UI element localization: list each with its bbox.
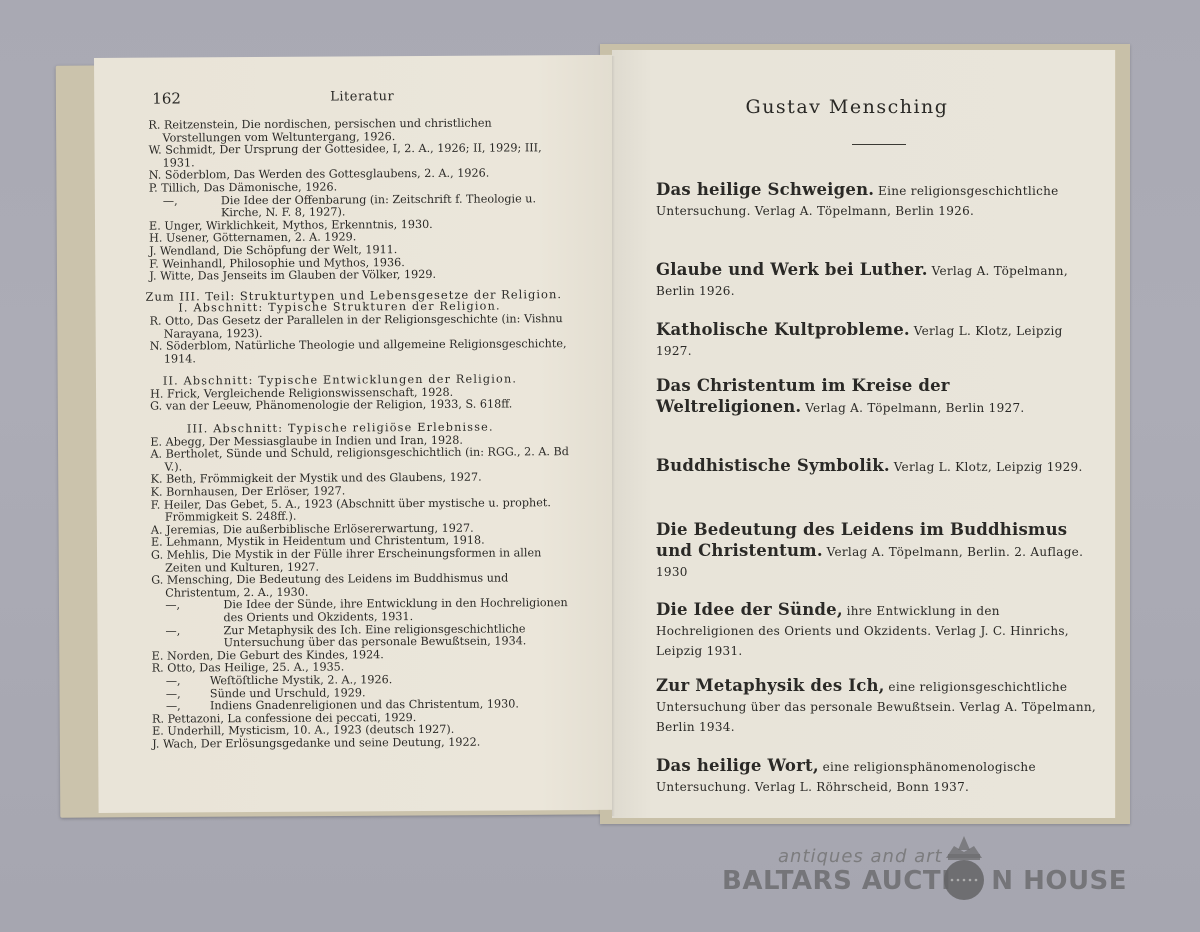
entry-text: Die Idee der Offenbarung (in: Zeitschrif… <box>221 192 536 220</box>
bibliography-entry: —,Die Idee der Offenbarung (in: Zeitschr… <box>145 193 573 221</box>
work-description: Verlag L. Klotz, Leipzig 1929. <box>894 460 1083 474</box>
bibliography: R. Reitzenstein, Die nordischen, persisc… <box>144 117 576 751</box>
work-item: Das heilige Wort, eine religionsphänomen… <box>656 756 1096 797</box>
divider-rule <box>852 144 906 145</box>
ditto-dash: —, <box>163 195 221 208</box>
watermark-brand-right: N HOUSE <box>991 866 1127 896</box>
watermark-brand-left: BALTARS AUCTI <box>722 866 951 896</box>
work-title: Buddhistische Symbolik. <box>656 456 890 475</box>
bibliography-entry: J. Wach, Der Erlösungsgedanke und seine … <box>148 736 576 751</box>
entry-text: Die Idee der Sünde, ihre Entwicklung in … <box>223 596 567 624</box>
ditto-dash: —, <box>166 675 210 688</box>
subsection-1: I. Abschnitt: Typische Strukturen der Re… <box>145 300 573 366</box>
work-item: Glaube und Werk bei Luther. Verlag A. Tö… <box>656 260 1096 301</box>
ditto-dash: —, <box>165 600 223 613</box>
book-gutter <box>612 56 615 816</box>
work-item: Die Idee der Sünde, ihre Entwicklung in … <box>656 600 1096 661</box>
work-title: Die Idee der Sünde, <box>656 600 843 619</box>
work-title: Das heilige Schweigen. <box>656 180 874 199</box>
entry-text: Indiens Gnadenreligionen und das Christe… <box>210 698 519 713</box>
right-page: Gustav Mensching Das heilige Schweigen. … <box>612 50 1116 818</box>
bibliography-top-list: R. Reitzenstein, Die nordischen, persisc… <box>144 117 573 283</box>
bibliography-entry: A. Bertholet, Sünde und Schuld, religion… <box>146 446 574 474</box>
bibliography-entry: G. Mehlis, Die Mystik in der Fülle ihrer… <box>147 547 575 575</box>
watermark-tagline: antiques and art <box>778 846 943 867</box>
work-item: Katholische Kultprobleme. Verlag L. Klot… <box>656 320 1096 361</box>
left-page: 162 Literatur R. Reitzenstein, Die nordi… <box>94 55 619 813</box>
work-title: Katholische Kultprobleme. <box>656 320 910 339</box>
subsection-2: II. Abschnitt: Typische Entwicklungen de… <box>146 373 574 413</box>
work-title: Glaube und Werk bei Luther. <box>656 260 928 279</box>
bibliography-entry: W. Schmidt, Der Ursprung der Gottesidee,… <box>145 142 573 170</box>
watermark-brand: BALTARS AUCTIN HOUSE <box>722 866 1127 896</box>
bibliography-entry: F. Heiler, Das Gebet, 5. A., 1923 (Absch… <box>147 497 575 525</box>
subsection-3: III. Abschnitt: Typische religiöse Erleb… <box>146 421 576 751</box>
ditto-dash: —, <box>165 625 223 638</box>
work-item: Das heilige Schweigen. Eine religionsges… <box>656 180 1096 221</box>
author-heading: Gustav Mensching <box>612 96 1082 118</box>
bibliography-entry: N. Söderblom, Natürliche Theologie und a… <box>146 338 574 366</box>
entry-text: Zur Metaphysik des Ich. Eine religionsge… <box>223 622 526 649</box>
running-head: Literatur <box>330 89 394 104</box>
work-item: Buddhistische Symbolik. Verlag L. Klotz,… <box>656 456 1096 477</box>
work-item: Zur Metaphysik des Ich, eine religionsge… <box>656 676 1096 737</box>
work-title: Das heilige Wort, <box>656 756 819 775</box>
bibliography-entry: J. Witte, Das Jenseits im Glauben der Vö… <box>145 268 573 283</box>
work-description: Verlag A. Töpelmann, Berlin 1927. <box>805 401 1024 415</box>
crown-orb-logo-icon <box>940 836 988 902</box>
work-item: Die Bedeutung des Leidens im Buddhismus … <box>656 520 1096 582</box>
bibliography-entry: G. van der Leeuw, Phänomenologie der Rel… <box>146 399 574 414</box>
work-item: Das Christentum im Kreise der Weltreligi… <box>656 376 1096 418</box>
bibliography-entry: —,Zur Metaphysik des Ich. Eine religions… <box>147 623 575 651</box>
page-header: 162 Literatur <box>152 87 574 110</box>
page-number: 162 <box>152 89 181 107</box>
work-title: Zur Metaphysik des Ich, <box>656 676 885 695</box>
